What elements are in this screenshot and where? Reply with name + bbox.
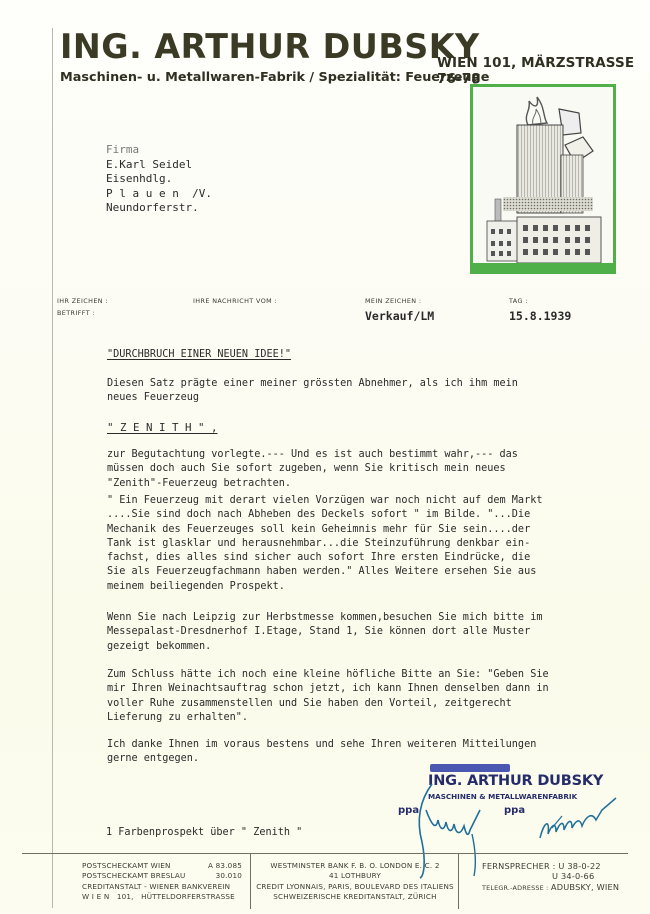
paragraph-5: Zum Schluss hätte ich noch eine kleine h… — [107, 668, 549, 725]
footer-bank-accounts: POSTSCHECKAMT WIENA 83.085 POSTSCHECKAMT… — [82, 861, 242, 903]
company-tagline: Maschinen- u. Metallwaren-Fabrik / Spezi… — [60, 70, 489, 85]
bank-line: 41 LOTHBURY — [252, 871, 458, 881]
ihre-nachricht-label: IHRE NACHRICHT VOM : — [193, 297, 277, 305]
bank-line: SCHWEIZERISCHE KREDITANSTALT, ZÜRICH — [252, 892, 458, 902]
text-line: " Ein Feuerzeug mit derart vielen Vorzüg… — [107, 494, 542, 508]
telegram-row: TELEGR.-ADRESSE : ADUBSKY, WIEN — [482, 882, 619, 893]
text-line: müssen doch auch Sie sofort zugeben, wen… — [107, 462, 518, 476]
bank-row: POSTSCHECKAMT WIENA 83.085 — [82, 861, 242, 871]
text-line: Tank ist glasklar und herausnehmbar...di… — [107, 537, 542, 551]
product-name-text: " Z E N I T H " , — [107, 421, 218, 434]
margin-rule — [52, 28, 53, 908]
paragraph-2: zur Begutachtung vorlegte.--- Und es ist… — [107, 448, 518, 491]
paragraph-1: Diesen Satz prägte einer meiner grössten… — [107, 377, 518, 406]
text-line: gezeigt bekommen. — [107, 640, 542, 654]
text-line: Lieferung zu erhalten". — [107, 711, 549, 725]
recipient-line: Firma — [106, 143, 212, 158]
betrifft-label: BETRIFFT : — [57, 309, 95, 317]
paragraph-3: " Ein Feuerzeug mit derart vielen Vorzüg… — [107, 494, 542, 594]
ihr-zeichen-label: IHR ZEICHEN : — [57, 297, 108, 305]
text-line: mir Ihren Weinachtsauftrag schon jetzt, … — [107, 682, 549, 696]
footer-contact: FERNSPRECHER : U 38-0-22 U 34-0-66 TELEG… — [482, 861, 619, 893]
text-line: Wenn Sie nach Leipzig zur Herbstmesse ko… — [107, 611, 542, 625]
footer-rule — [22, 853, 628, 854]
paragraph-4: Wenn Sie nach Leipzig zur Herbstmesse ko… — [107, 611, 542, 654]
recipient-line: Eisenhdlg. — [106, 172, 212, 187]
text-line: "Zenith"-Feuerzeug betrachten. — [107, 477, 518, 491]
headline-text: "DURCHBRUCH EINER NEUEN IDEE!" — [107, 349, 291, 360]
text-line: Sie als Feuerzeugfachmann haben werden."… — [107, 565, 542, 579]
text-line: Diesen Satz prägte einer meiner grössten… — [107, 377, 518, 391]
footer-divider — [250, 853, 251, 909]
factory-logo — [470, 84, 616, 274]
letter-headline: "DURCHBRUCH EINER NEUEN IDEE!" — [107, 348, 291, 362]
text-line: fachst, dies alles sind sicher auch sofo… — [107, 551, 542, 565]
bank-line: WESTMINSTER BANK F. B. O. LONDON E. C. 2 — [252, 861, 458, 871]
text-line: Messepalast-Dresdnerhof I.Etage, Stand 1… — [107, 625, 542, 639]
text-line: Ich danke Ihnen im voraus bestens und se… — [107, 738, 536, 752]
text-line: Mechanik des Feuerzeuges soll kein Gehei… — [107, 523, 542, 537]
enclosure-text: 1 Farbenprospekt über " Zenith " — [106, 827, 302, 838]
text-line: neues Feuerzeug — [107, 391, 518, 405]
recipient-line: Neundorferstr. — [106, 201, 212, 216]
recipient-line: E.Karl Seidel — [106, 158, 212, 173]
factory-lighter-icon — [473, 87, 613, 271]
text-line: meinem beiliegenden Prospekt. — [107, 580, 542, 594]
mein-zeichen-label: MEIN ZEICHEN : — [365, 297, 421, 305]
text-line: zur Begutachtung vorlegte.--- Und es ist… — [107, 448, 518, 462]
footer-divider — [458, 853, 459, 909]
bank-row: W I E N 101, HÜTTELDORFERSTRASSE — [82, 892, 242, 902]
product-name: " Z E N I T H " , — [107, 421, 218, 435]
text-line: Zum Schluss hätte ich noch eine kleine h… — [107, 668, 549, 682]
enclosure-note: 1 Farbenprospekt über " Zenith " — [106, 826, 302, 840]
mein-zeichen-value: Verkauf/LM — [365, 309, 434, 323]
stamp-smudge — [430, 764, 510, 772]
date-value: 15.8.1939 — [509, 309, 571, 323]
recipient-line: P l a u e n /V. — [106, 187, 212, 202]
company-name: ING. ARTHUR DUBSKY — [60, 30, 480, 64]
recipient-address: Firma E.Karl Seidel Eisenhdlg. P l a u e… — [106, 143, 212, 216]
text-line: voller Ruhe zusammenstellen und Sie habe… — [107, 697, 549, 711]
bank-line: CREDIT LYONNAIS, PARIS, BOULEVARD DES IT… — [252, 882, 458, 892]
text-line: ....Sie sind doch nach Abheben des Decke… — [107, 508, 542, 522]
bank-row: CREDITANSTALT - WIENER BANKVEREIN — [82, 882, 242, 892]
paragraph-6: Ich danke Ihnen im voraus bestens und se… — [107, 738, 536, 767]
tag-label: TAG : — [509, 297, 528, 305]
bank-row: POSTSCHECKAMT BRESLAU30.010 — [82, 871, 242, 881]
phone-row: U 34-0-66 — [482, 871, 619, 881]
footer-foreign-banks: WESTMINSTER BANK F. B. O. LONDON E. C. 2… — [252, 861, 458, 903]
phone-row: FERNSPRECHER : U 38-0-22 — [482, 861, 619, 871]
